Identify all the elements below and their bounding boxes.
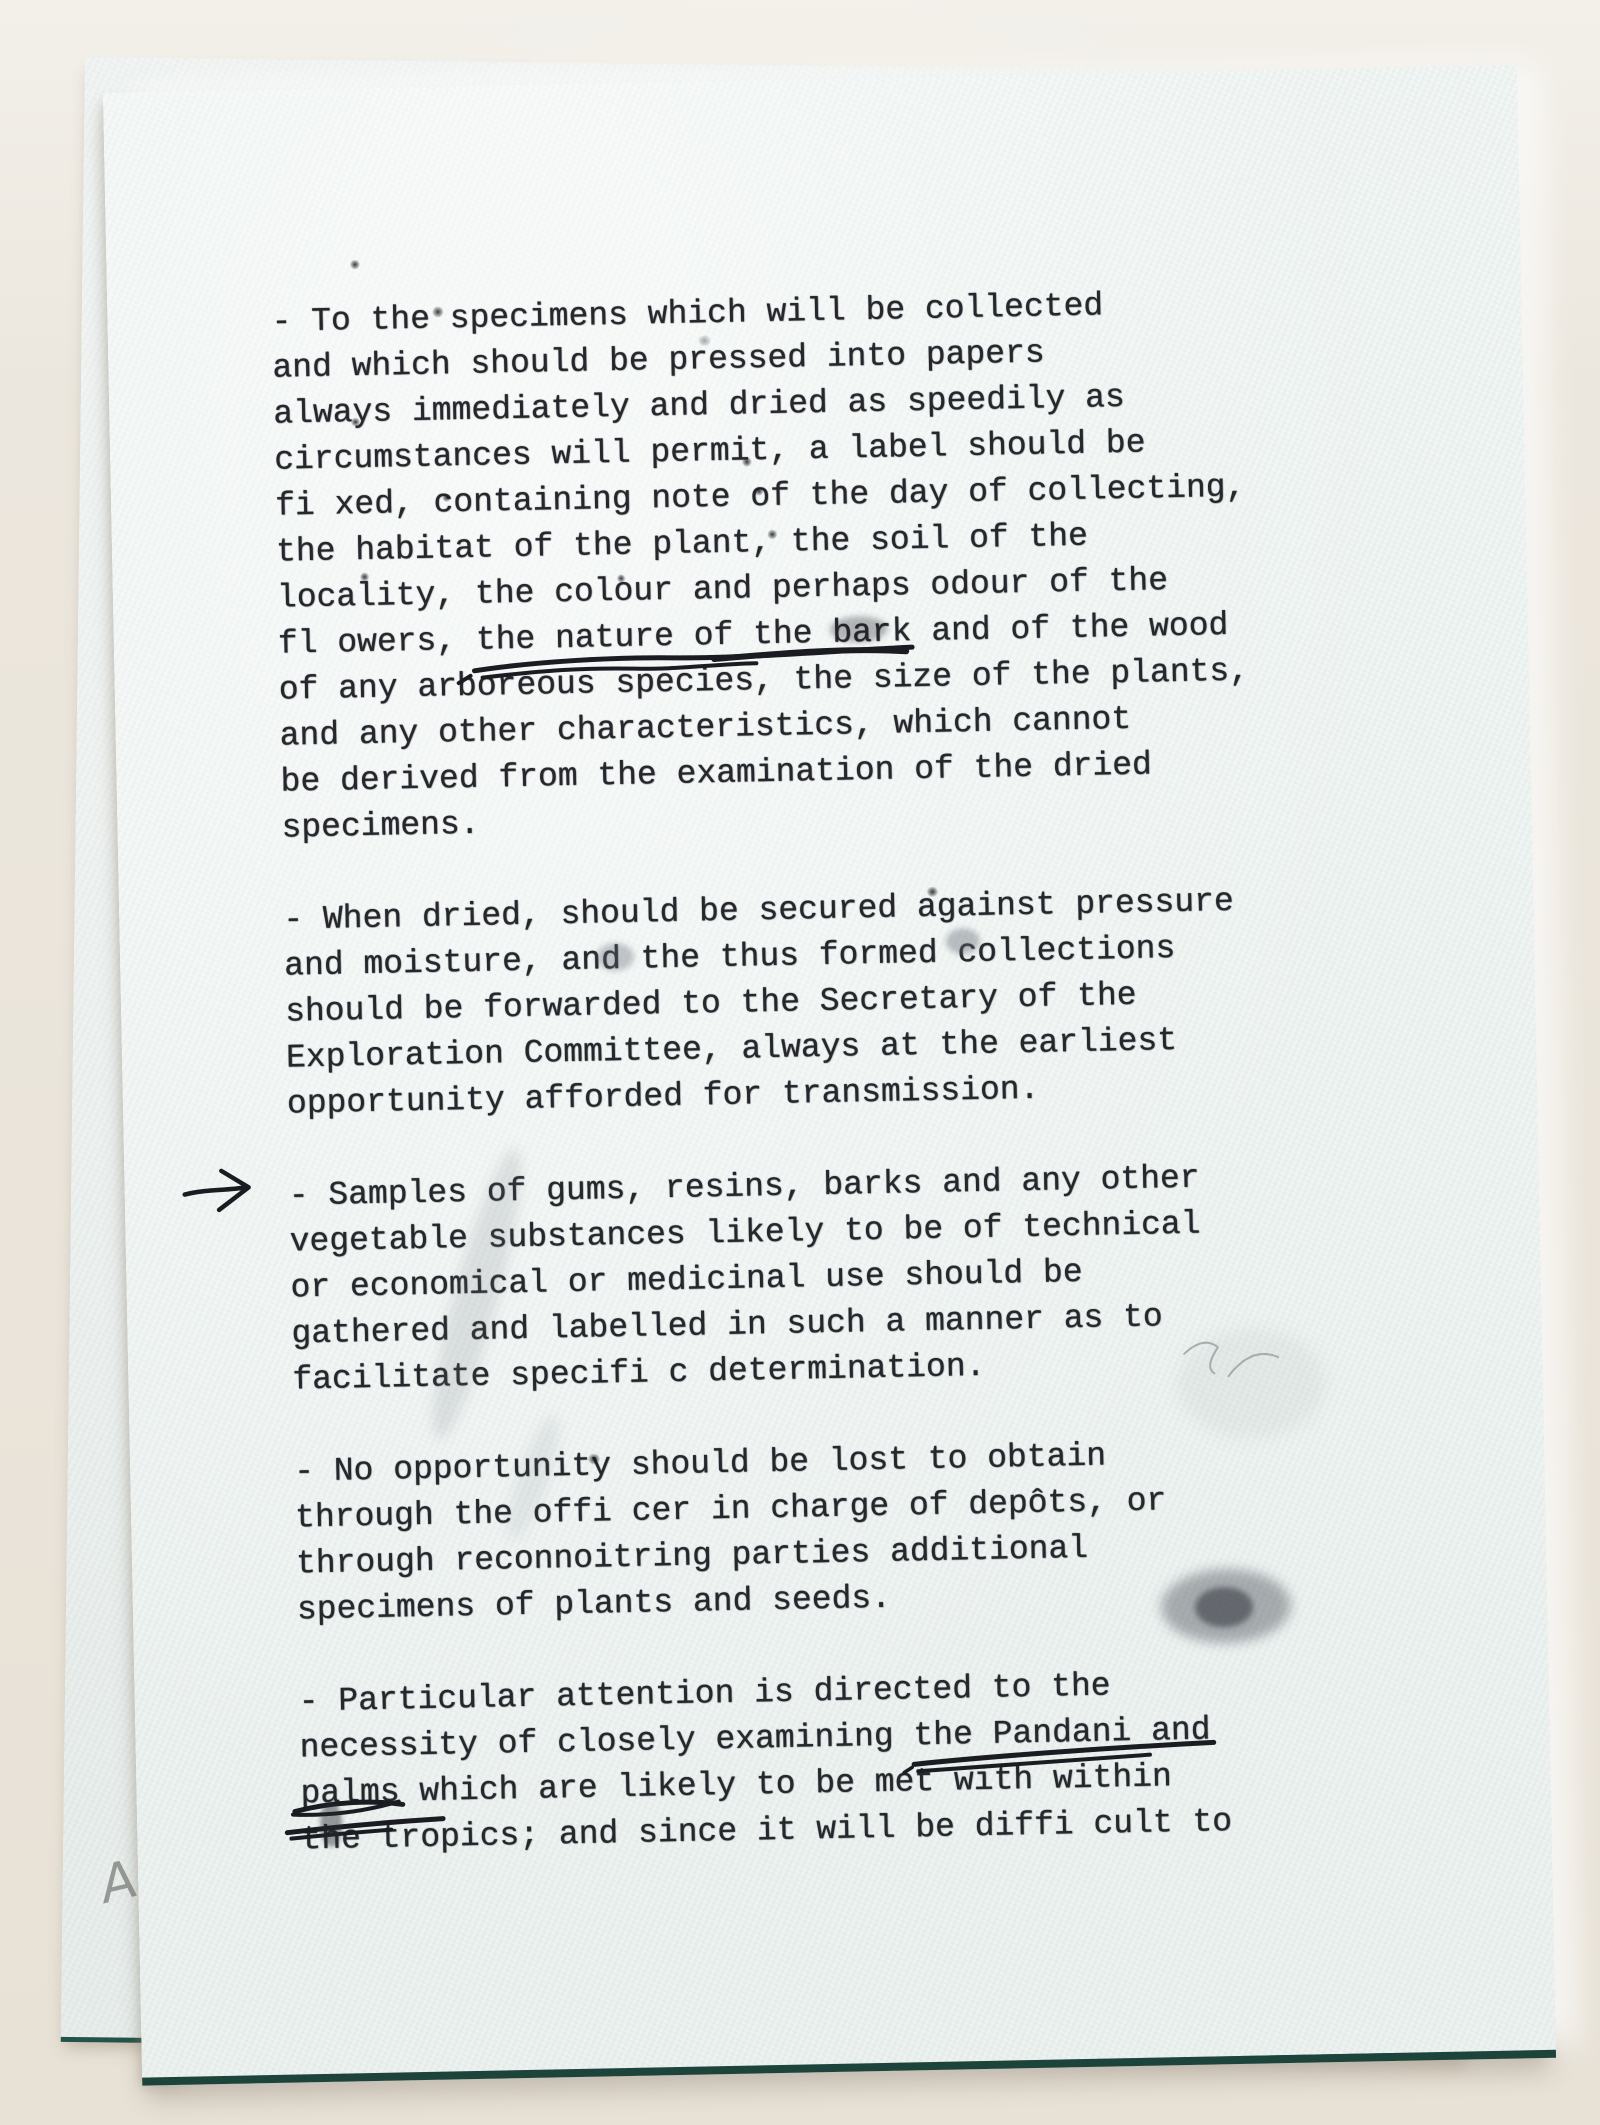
margin-arrow-annotation [184, 1170, 249, 1210]
document-page: - To the specimens which will be collect… [103, 65, 1556, 2085]
scan-background: { "page": { "paragraphs": [ { "text": "-… [0, 0, 1600, 2125]
paragraph-no-opportunity: - No opportunity should be lost to obtai… [294, 1426, 1477, 1633]
paragraph-particular-attention: - Particular attention is directed to th… [298, 1656, 1481, 1863]
paragraph-specimens-label: - To the specimens which will be collect… [271, 276, 1462, 851]
paragraph-when-dried: - When dried, should be secured against … [283, 874, 1467, 1127]
typewritten-text: - To the specimens which will be collect… [271, 276, 1482, 1863]
pencil-mark-annotation: A [98, 1848, 138, 1917]
paragraph-samples-of-gums: - Samples of gums, resins, barks and any… [288, 1150, 1472, 1403]
ink-blot [348, 258, 361, 271]
